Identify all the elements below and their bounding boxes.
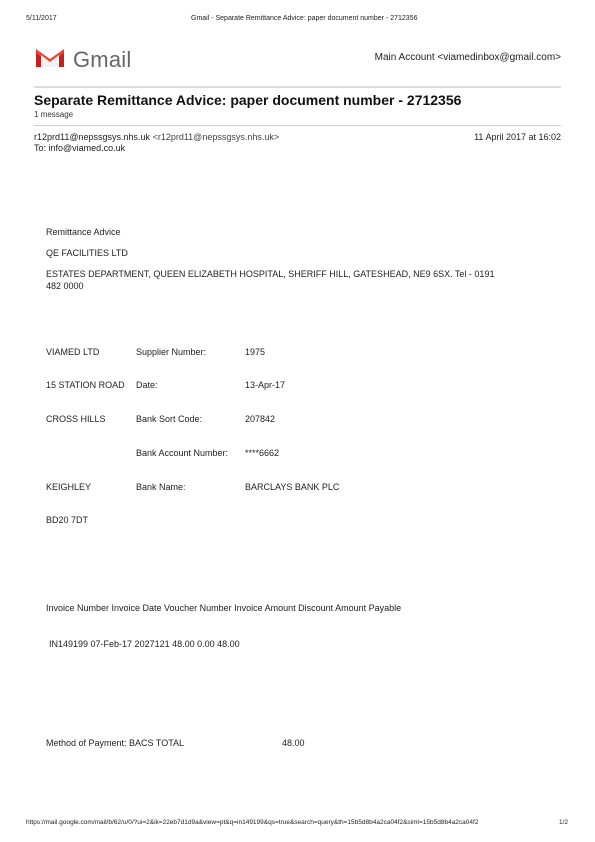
- field-value: 207842: [245, 414, 275, 424]
- field-value: 1975: [245, 347, 265, 357]
- field-label: Bank Name:: [136, 482, 186, 492]
- invoice-row: IN149199 07-Feb-17 2027121 48.00 0.00 48…: [49, 639, 240, 649]
- remittance-heading: Remittance Advice: [46, 227, 121, 237]
- payee-line: BD20 7DT: [46, 515, 88, 525]
- invoice-table-header: Invoice Number Invoice Date Voucher Numb…: [46, 603, 401, 613]
- payment-method: Method of Payment: BACS TOTAL: [46, 738, 184, 748]
- field-value: BARCLAYS BANK PLC: [245, 482, 339, 492]
- print-date: 5/11/2017: [26, 15, 57, 22]
- payer-address-line2: 482 0000: [46, 281, 84, 291]
- payee-line: 15 STATION ROAD: [46, 380, 125, 390]
- field-label: Supplier Number:: [136, 347, 206, 357]
- gmail-envelope-icon: [34, 45, 66, 74]
- header-divider: [34, 86, 561, 88]
- payer-address-line1: ESTATES DEPARTMENT, QUEEN ELIZABETH HOSP…: [46, 269, 494, 279]
- subject-divider: [34, 125, 561, 126]
- payee-line: VIAMED LTD: [46, 347, 99, 357]
- payee-line: CROSS HILLS: [46, 414, 106, 424]
- payee-line: KEIGHLEY: [46, 482, 91, 492]
- message-date: 11 April 2017 at 16:02: [474, 132, 561, 142]
- gmail-logo: Gmail: [34, 45, 131, 74]
- sender: r12prd11@nepssgsys.nhs.uk <r12prd11@neps…: [34, 132, 279, 142]
- print-title: Gmail - Separate Remittance Advice: pape…: [191, 15, 417, 22]
- field-label: Bank Sort Code:: [136, 414, 202, 424]
- payer-name: QE FACILITIES LTD: [46, 248, 128, 258]
- payment-total: 48.00: [282, 738, 305, 748]
- field-label: Bank Account Number:: [136, 448, 228, 458]
- account-label: Main Account <viamedinbox@gmail.com>: [375, 52, 561, 63]
- sender-address-bracketed: <r12prd11@nepssgsys.nhs.uk>: [153, 132, 280, 142]
- field-value: ****6662: [245, 448, 279, 458]
- thread-subject: Separate Remittance Advice: paper docume…: [34, 92, 461, 108]
- page-number: 1/2: [559, 819, 568, 826]
- field-label: Date:: [136, 380, 158, 390]
- recipient: To: info@viamed.co.uk: [34, 143, 125, 153]
- print-url: https://mail.google.com/mail/b/62/u/0/?u…: [26, 819, 478, 826]
- sender-address: r12prd11@nepssgsys.nhs.uk: [34, 132, 150, 142]
- gmail-wordmark: Gmail: [73, 47, 131, 73]
- message-count: 1 message: [34, 110, 73, 119]
- field-value: 13-Apr-17: [245, 380, 285, 390]
